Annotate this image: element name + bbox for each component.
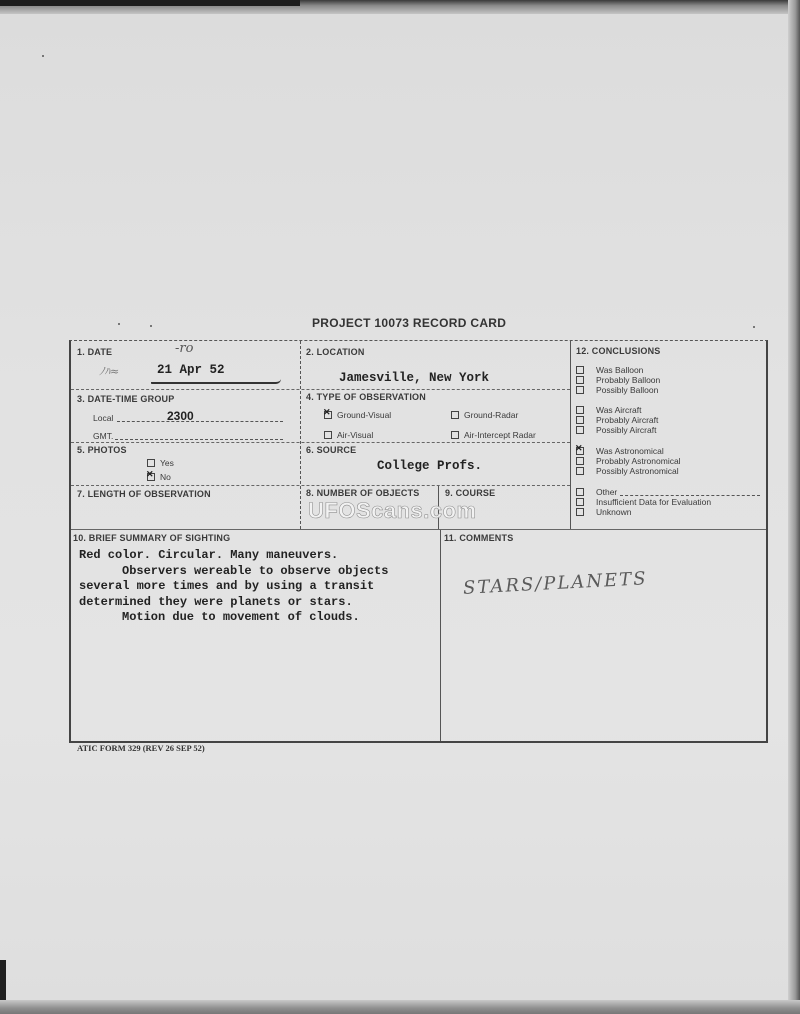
local-time-label: Local xyxy=(93,413,113,423)
source-label: 6. SOURCE xyxy=(306,445,356,455)
checkbox-checked-icon xyxy=(576,447,584,455)
scan-edge-bottom xyxy=(0,1000,800,1014)
checkbox-icon xyxy=(576,416,584,424)
conclusion-unknown: Unknown xyxy=(576,507,631,517)
conclusions-label: 12. CONCLUSIONS xyxy=(576,346,661,356)
checkbox-icon xyxy=(576,386,584,394)
option-air-visual: Air-Visual xyxy=(324,430,373,440)
brief-summary-text: Red color. Circular. Many maneuvers. Obs… xyxy=(79,548,388,626)
checkbox-icon xyxy=(576,488,584,496)
date-underline xyxy=(151,379,281,384)
divider xyxy=(71,529,766,530)
divider xyxy=(300,341,301,529)
watermark: UFOScans.com xyxy=(308,498,477,524)
summary-line: determined they were planets or stars. xyxy=(79,595,388,611)
conclusion-insufficient-data: Insufficient Data for Evaluation xyxy=(576,497,711,507)
option-ground-radar: Ground-Radar xyxy=(451,410,518,420)
conclusion-was-aircraft: Was Aircraft xyxy=(576,405,642,415)
photos-label: 5. PHOTOS xyxy=(77,445,127,455)
comments-handwritten: STARS/PLANETS xyxy=(463,568,648,599)
conclusion-was-balloon: Was Balloon xyxy=(576,365,643,375)
conclusion-other: Other xyxy=(576,487,617,497)
option-air-intercept-radar: Air-Intercept Radar xyxy=(451,430,536,440)
conclusion-possibly-astronomical: Possibly Astronomical xyxy=(576,466,679,476)
checkbox-icon xyxy=(576,508,584,516)
summary-line: Red color. Circular. Many maneuvers. xyxy=(79,548,388,564)
speck xyxy=(150,325,152,327)
conclusions-list: Was Balloon Probably Balloon Possibly Ba… xyxy=(570,363,766,529)
local-time-value: 2300 xyxy=(167,409,194,423)
checkbox-checked-icon xyxy=(147,473,155,481)
number-of-objects-label: 8. NUMBER OF OBJECTS xyxy=(306,488,420,498)
other-line xyxy=(620,495,760,496)
length-of-observation-label: 7. LENGTH OF OBSERVATION xyxy=(77,489,211,499)
gmt-label: GMT. xyxy=(93,431,113,441)
divider xyxy=(440,529,441,741)
scan-edge-right xyxy=(788,0,800,1014)
local-time-line xyxy=(117,421,283,422)
divider xyxy=(71,485,570,486)
checkbox-icon xyxy=(576,406,584,414)
speck xyxy=(42,55,44,57)
card-title: PROJECT 10073 RECORD CARD xyxy=(312,316,506,330)
conclusion-was-astronomical: Was Astronomical xyxy=(576,446,664,456)
date-handwritten-note: ‑ro xyxy=(175,341,193,356)
scanned-page: PROJECT 10073 RECORD CARD 1. DATE ‑ro ﾉﾊ… xyxy=(0,0,800,1014)
speck xyxy=(753,326,755,328)
gmt-line xyxy=(115,439,283,440)
source-value: College Profs. xyxy=(377,459,482,473)
speck xyxy=(118,323,120,325)
checkbox-checked-icon xyxy=(324,411,332,419)
location-value: Jamesville, New York xyxy=(339,371,489,385)
comments-label: 11. COMMENTS xyxy=(444,533,513,543)
date-label: 1. DATE xyxy=(77,347,112,357)
date-value: 21 Apr 52 xyxy=(157,363,225,377)
photos-option-no: No xyxy=(147,472,171,482)
checkbox-icon xyxy=(576,498,584,506)
conclusion-possibly-aircraft: Possibly Aircraft xyxy=(576,425,656,435)
type-of-observation-label: 4. TYPE OF OBSERVATION xyxy=(306,392,426,402)
record-card: 1. DATE ‑ro ﾉﾊ≈ 21 Apr 52 2. LOCATION Ja… xyxy=(69,340,768,743)
checkbox-icon xyxy=(451,411,459,419)
summary-line: Observers wereable to observe objects xyxy=(79,564,388,580)
divider xyxy=(71,442,570,443)
summary-line: several more times and by using a transi… xyxy=(79,579,388,595)
location-label: 2. LOCATION xyxy=(306,347,365,357)
checkbox-icon xyxy=(451,431,459,439)
form-id: ATIC FORM 329 (REV 26 SEP 52) xyxy=(77,743,205,753)
conclusion-possibly-balloon: Possibly Balloon xyxy=(576,385,658,395)
checkbox-icon xyxy=(576,467,584,475)
checkbox-icon xyxy=(576,376,584,384)
option-ground-visual: Ground-Visual xyxy=(324,410,391,420)
divider xyxy=(71,389,570,390)
checkbox-icon xyxy=(576,366,584,374)
summary-line: Motion due to movement of clouds. xyxy=(79,610,388,626)
conclusion-probably-balloon: Probably Balloon xyxy=(576,375,660,385)
checkbox-icon xyxy=(147,459,155,467)
date-time-group-label: 3. DATE-TIME GROUP xyxy=(77,394,174,404)
checkbox-icon xyxy=(576,426,584,434)
scan-edge-top-dark xyxy=(0,0,300,6)
conclusion-probably-astronomical: Probably Astronomical xyxy=(576,456,681,466)
date-handwritten-scribble: ﾉﾊ≈ xyxy=(99,363,119,379)
checkbox-icon xyxy=(576,457,584,465)
checkbox-icon xyxy=(324,431,332,439)
photos-option-yes: Yes xyxy=(147,458,174,468)
course-label: 9. COURSE xyxy=(445,488,495,498)
conclusion-probably-aircraft: Probably Aircraft xyxy=(576,415,658,425)
brief-summary-label: 10. BRIEF SUMMARY OF SIGHTING xyxy=(73,533,230,543)
